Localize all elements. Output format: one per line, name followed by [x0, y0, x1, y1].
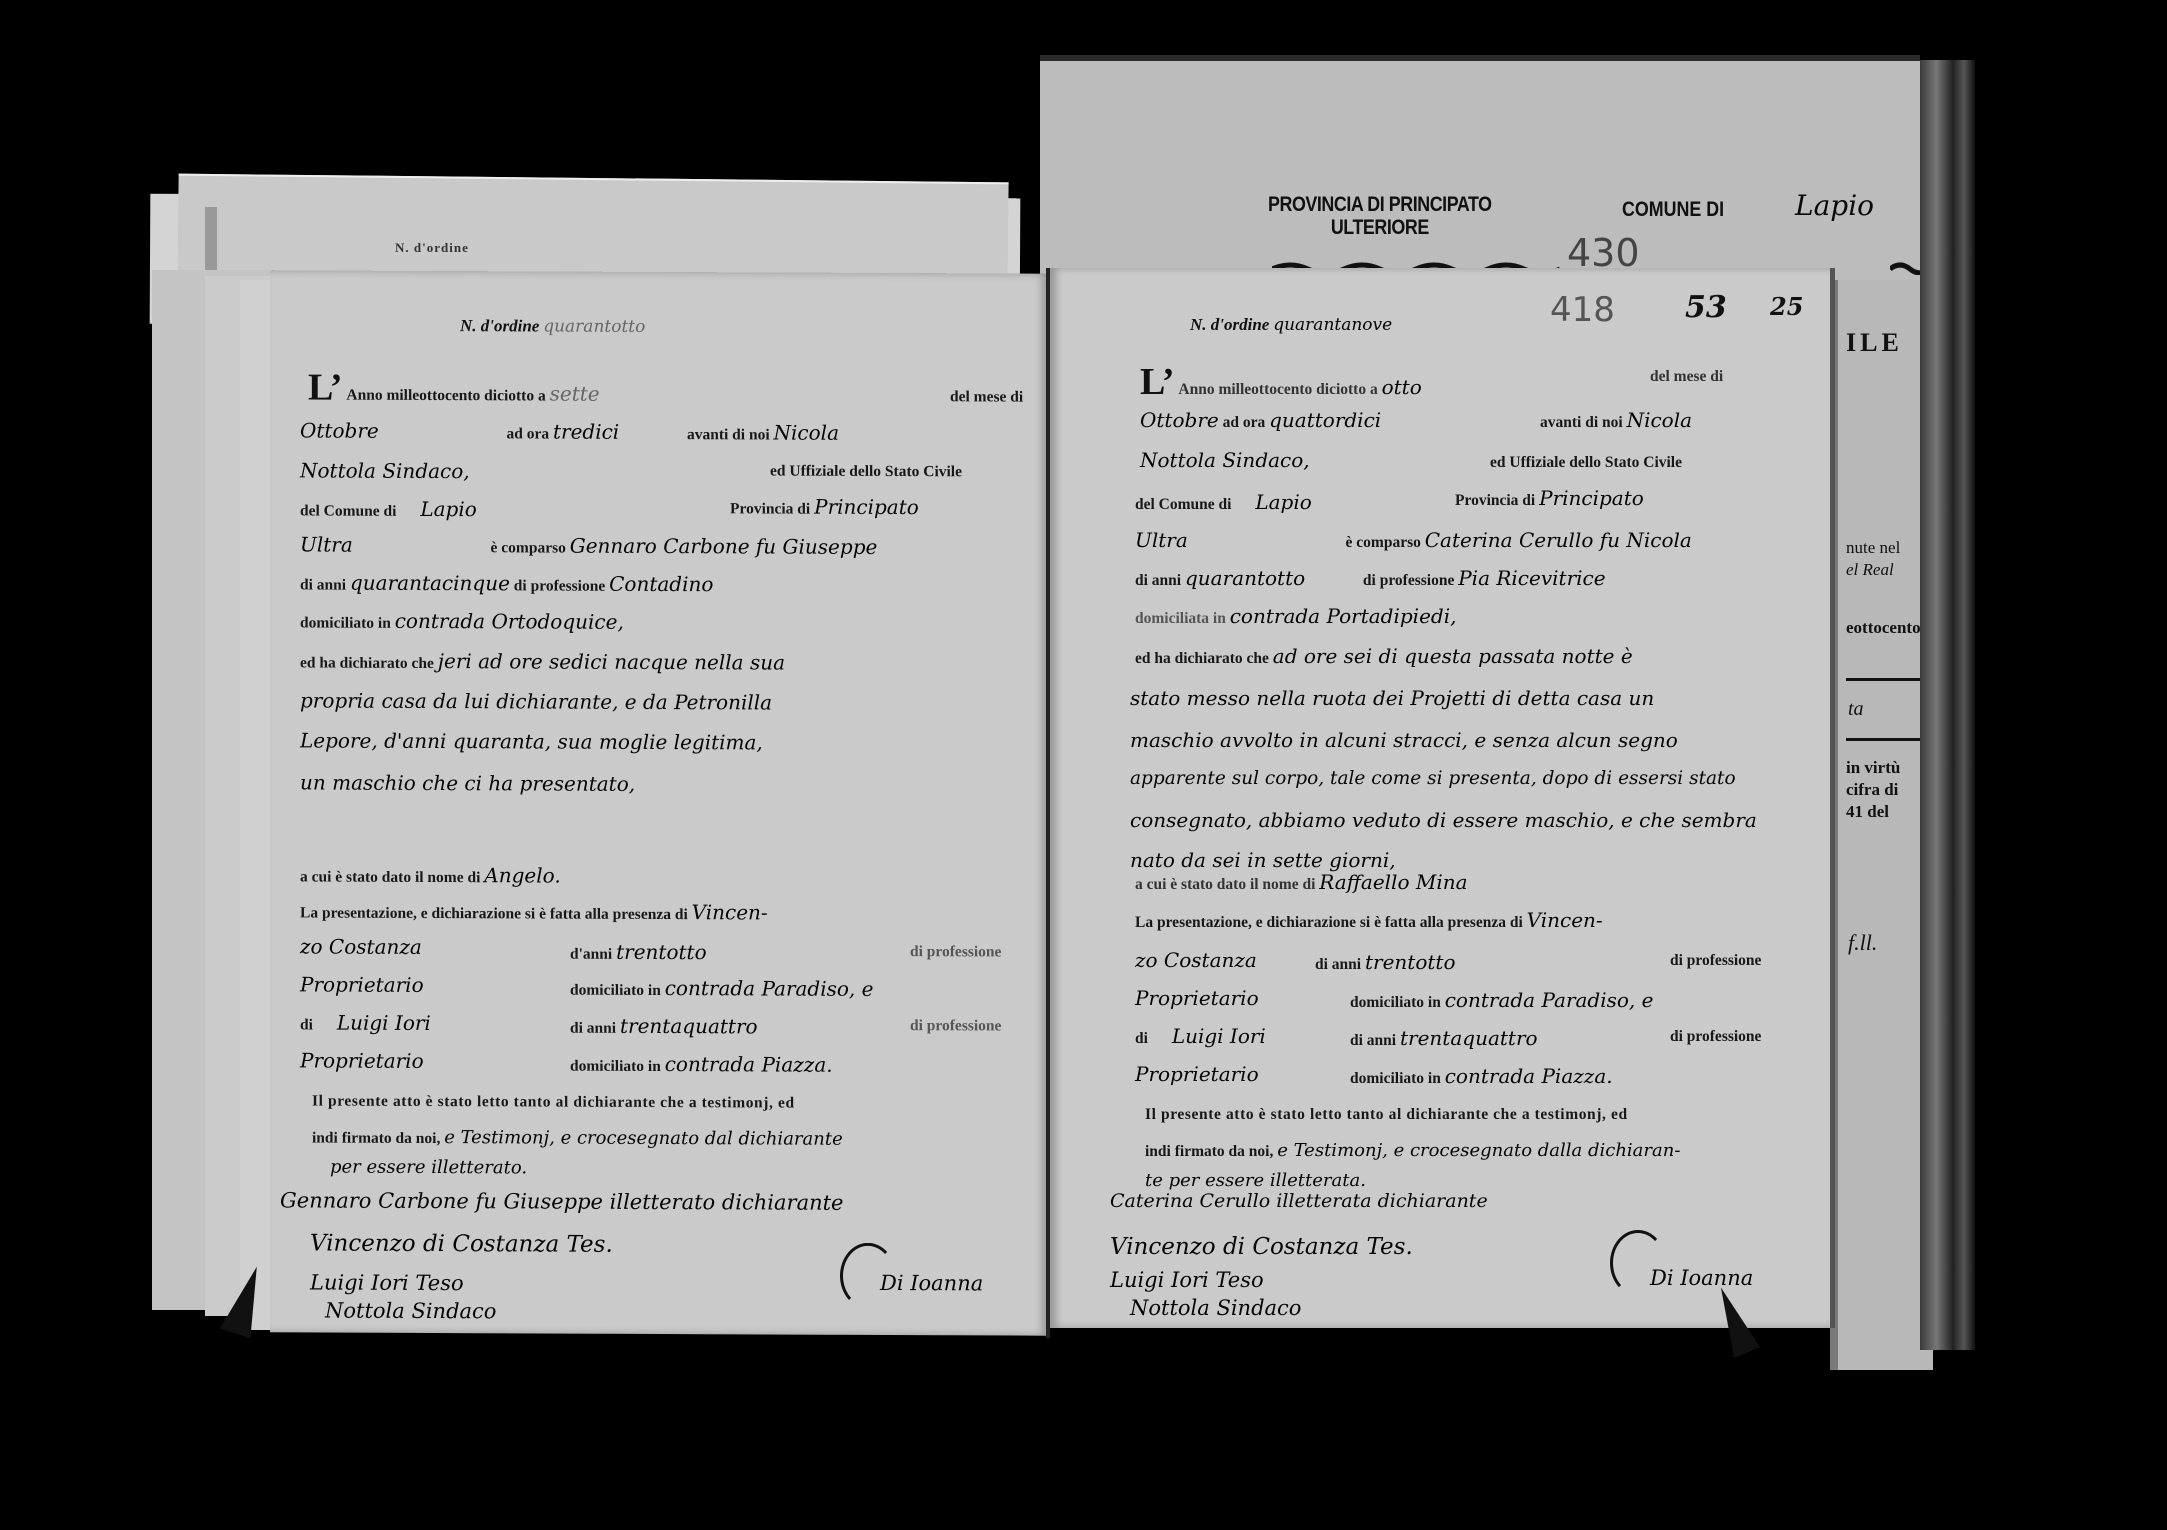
- name-given: a cui è stato dato il nome di Raffaello …: [1135, 870, 1468, 894]
- stacked-page-label: N. d'ordine: [395, 240, 469, 256]
- margin-number: 25: [1770, 292, 1803, 321]
- record-line: Nottola Sindaco,: [300, 458, 470, 483]
- comune-label: COMUNE DI: [1622, 198, 1724, 222]
- record-line: del Comune di Lapio: [300, 496, 477, 521]
- record-line: L’ Anno milleottocento diciotto a sette: [308, 365, 600, 410]
- underlying-page: ILE nute nel el Real eottocento ta in vi…: [1830, 280, 1933, 1370]
- record-line: Ultra è comparso Gennaro Carbone fu Gius…: [300, 532, 877, 559]
- margin-number: 418: [1550, 290, 1615, 330]
- record-line: domiciliato in contrada Ortodoquice,: [300, 608, 624, 633]
- record-line: di anni quarantotto di professione Pia R…: [1135, 566, 1606, 590]
- signature-cancelliere: Di Ioanna: [1650, 1266, 1753, 1290]
- record-line: domiciliata in contrada Portadipiedi,: [1135, 604, 1456, 628]
- presence-line: La presentazione, e dichiarazione si è f…: [1135, 908, 1603, 932]
- signature-witness: Vincenzo di Costanza Tes.: [1110, 1234, 1413, 1260]
- signature-witness: Vincenzo di Costanza Tes.: [310, 1230, 613, 1257]
- record-line: ed ha dichiarato che ad ore sei di quest…: [1135, 644, 1633, 668]
- presence-line: La presentazione, e dichiarazione si è f…: [300, 898, 768, 924]
- signature-witness: Luigi Iori Teso: [1110, 1268, 1264, 1292]
- rule: [1846, 678, 1926, 681]
- record-line: L’ Anno milleottocento diciotto a otto: [1140, 360, 1422, 404]
- right-page-record: 418 53 25 N. d'ordine quarantanove L’ An…: [1050, 268, 1835, 1328]
- order-number: N. d'ordine quarantotto: [460, 316, 645, 337]
- signature-witness: Luigi Iori Teso: [310, 1270, 464, 1295]
- order-number: N. d'ordine quarantanove: [1190, 315, 1392, 335]
- province-heading: PROVINCIA DI PRINCIPATO ULTERIORE: [1268, 193, 1492, 239]
- signature-cancelliere: Di Ioanna: [880, 1271, 983, 1295]
- left-page-record: N. d'ordine quarantotto L’ Anno milleott…: [270, 270, 1048, 1335]
- signature-declarant: Caterina Cerullo illetterata dichiarante: [1110, 1190, 1488, 1212]
- signature-mayor: Nottola Sindaco: [325, 1299, 496, 1324]
- record-line: di anni quarantacinque di professione Co…: [300, 570, 713, 596]
- rule: [1846, 738, 1931, 741]
- name-given: a cui è stato dato il nome di Angelo.: [300, 862, 561, 887]
- comune-value: Lapio: [1795, 189, 1874, 222]
- signature-mayor: Nottola Sindaco: [1130, 1296, 1301, 1320]
- record-line: Ultra è comparso Caterina Cerullo fu Nic…: [1135, 528, 1692, 552]
- record-line: Ottobre ad ora quattordici: [1140, 408, 1381, 432]
- signature-declarant: Gennaro Carbone fu Giuseppe illetterato …: [280, 1188, 843, 1214]
- record-line: del Comune di Lapio: [1135, 490, 1312, 514]
- margin-number: 53: [1685, 290, 1727, 325]
- record-line: Ottobre ad ora tredici avanti di noi Nic…: [300, 418, 839, 444]
- torn-page-edge: [1920, 60, 1975, 1350]
- record-line: ed ha dichiarato che jeri ad ore sedici …: [300, 648, 785, 674]
